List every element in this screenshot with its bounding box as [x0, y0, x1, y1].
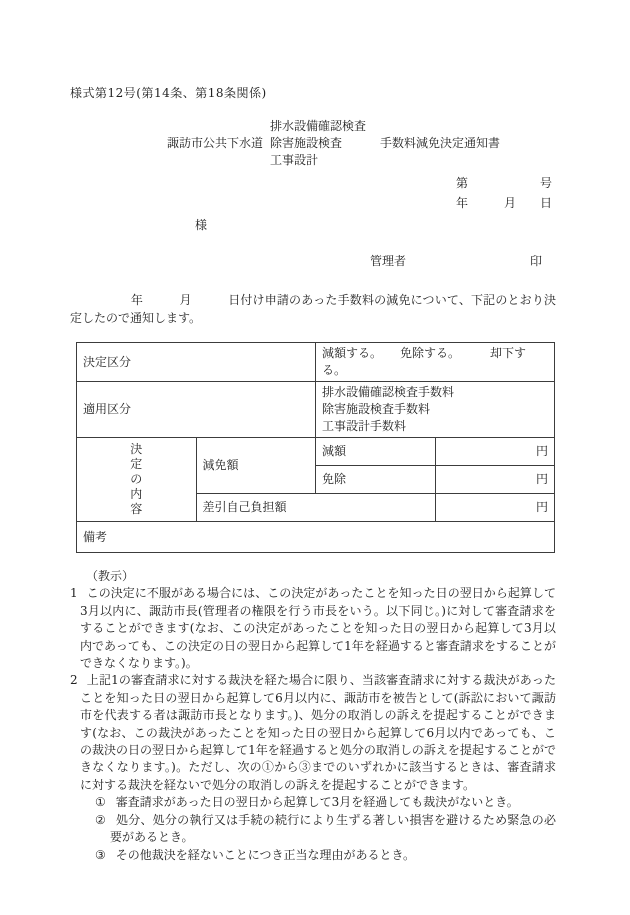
sub-item-2: ②処分、処分の執行又は手続の続行により生ずる著しい損害を避けるため緊急の必要があ…: [70, 812, 556, 847]
instruction-1-number: 1: [70, 586, 78, 600]
decision-category-label: 決定区分: [77, 343, 316, 382]
self-payment-amount-cell: 円: [435, 494, 555, 522]
table-row-reduction: 決定の内容 減免額 減額 円: [77, 438, 555, 466]
applicable-fee-list: 排水設備確認検査手数料 除害施設検査手数料 工事設計手数料: [316, 382, 555, 438]
applicable-fee-2: 除害施設検査手数料: [322, 401, 548, 418]
seal-placeholder: 印: [530, 253, 542, 270]
manager-line: 管理者 印: [70, 253, 556, 270]
sub-item-1-number: ①: [95, 795, 106, 809]
form-number: 様式第12号(第14条、第18条関係): [70, 85, 556, 102]
sub-item-2-text: 処分、処分の執行又は手続の続行により生ずる著しい損害を避けるため緊急の必要がある…: [110, 813, 556, 844]
applicable-fee-3: 工事設計手数料: [322, 418, 548, 435]
reduction-unit: 円: [536, 444, 548, 458]
document-number-line: 第 号: [70, 175, 556, 192]
title-fee-type-2: 除害施設検査: [270, 135, 366, 152]
decision-content-label-cell: 決定の内容: [77, 438, 197, 522]
reduction-exemption-label: 減免額: [196, 438, 316, 494]
sub-item-3-text: その他裁決を経ないことにつき正当な理由があるとき。: [116, 848, 415, 862]
instruction-2-number: 2: [70, 673, 78, 687]
sub-item-1-text: 審査請求があった日の翌日から起算して3月を経過しても裁決がないとき。: [116, 795, 519, 809]
table-row-remarks: 備考: [77, 522, 555, 553]
addressee-line: 様: [195, 217, 556, 234]
exemption-label: 免除: [316, 466, 436, 494]
instruction-1-text: この決定に不服がある場合には、この決定があったことを知った日の翌日から起算して3…: [80, 586, 556, 670]
title-fee-type-1: 排水設備確認検査: [270, 118, 366, 135]
exemption-amount-cell: 円: [435, 466, 555, 494]
title-prefix: 諏訪市公共下水道: [167, 135, 263, 152]
instructions-heading: （教示）: [86, 568, 556, 585]
document-page: 様式第12号(第14条、第18条関係) 諏訪市公共下水道 排水設備確認検査 除害…: [0, 0, 630, 915]
applicable-fee-1: 排水設備確認検査手数料: [322, 384, 548, 401]
sub-item-2-number: ②: [95, 813, 106, 827]
notification-text: 年 月 日付け申請のあった手数料の減免について、下記のとおり決定したので通知しま…: [70, 292, 556, 327]
sub-item-1: ①審査請求があった日の翌日から起算して3月を経過しても裁決がないとき。: [70, 794, 556, 811]
reduction-label: 減額: [316, 438, 436, 466]
title-suffix: 手数料減免決定通知書: [380, 135, 500, 152]
sub-item-3-number: ③: [95, 848, 106, 862]
document-title: 諏訪市公共下水道 排水設備確認検査 除害施設検査 工事設計 手数料減免決定通知書: [167, 118, 556, 169]
remarks-label: 備考: [83, 530, 107, 544]
exemption-unit: 円: [536, 472, 548, 486]
instruction-paragraph-1: 1この決定に不服がある場合には、この決定があったことを知った日の翌日から起算して…: [70, 585, 556, 672]
applicable-category-label: 適用区分: [77, 382, 316, 438]
document-content: 様式第12号(第14条、第18条関係) 諏訪市公共下水道 排水設備確認検査 除害…: [0, 0, 630, 864]
decision-table: 決定区分 減額する。 免除する。 却下する。 適用区分 排水設備確認検査手数料 …: [76, 342, 555, 553]
self-payment-label: 差引自己負担額: [196, 494, 435, 522]
table-row-applicable: 適用区分 排水設備確認検査手数料 除害施設検査手数料 工事設計手数料: [77, 382, 555, 438]
table-row-decision: 決定区分 減額する。 免除する。 却下する。: [77, 343, 555, 382]
decision-content-label: 決定の内容: [130, 442, 142, 517]
decision-category-options: 減額する。 免除する。 却下する。: [316, 343, 555, 382]
reduction-amount-cell: 円: [435, 438, 555, 466]
issue-date-line: 年 月 日: [70, 195, 556, 212]
instruction-paragraph-2: 2上記1の審査請求に対する裁決を経た場合に限り、当該審査請求に対する裁決があった…: [70, 672, 556, 794]
remarks-cell: 備考: [77, 522, 555, 553]
instruction-2-text: 上記1の審査請求に対する裁決を経た場合に限り、当該審査請求に対する裁決があったこ…: [80, 673, 556, 791]
manager-label: 管理者: [370, 253, 406, 270]
addressee-suffix: 様: [195, 218, 207, 232]
title-fee-type-stack: 排水設備確認検査 除害施設検査 工事設計: [270, 118, 366, 169]
sub-item-3: ③その他裁決を経ないことにつき正当な理由があるとき。: [70, 847, 556, 864]
self-payment-unit: 円: [536, 500, 548, 514]
title-fee-type-3: 工事設計: [270, 152, 366, 169]
